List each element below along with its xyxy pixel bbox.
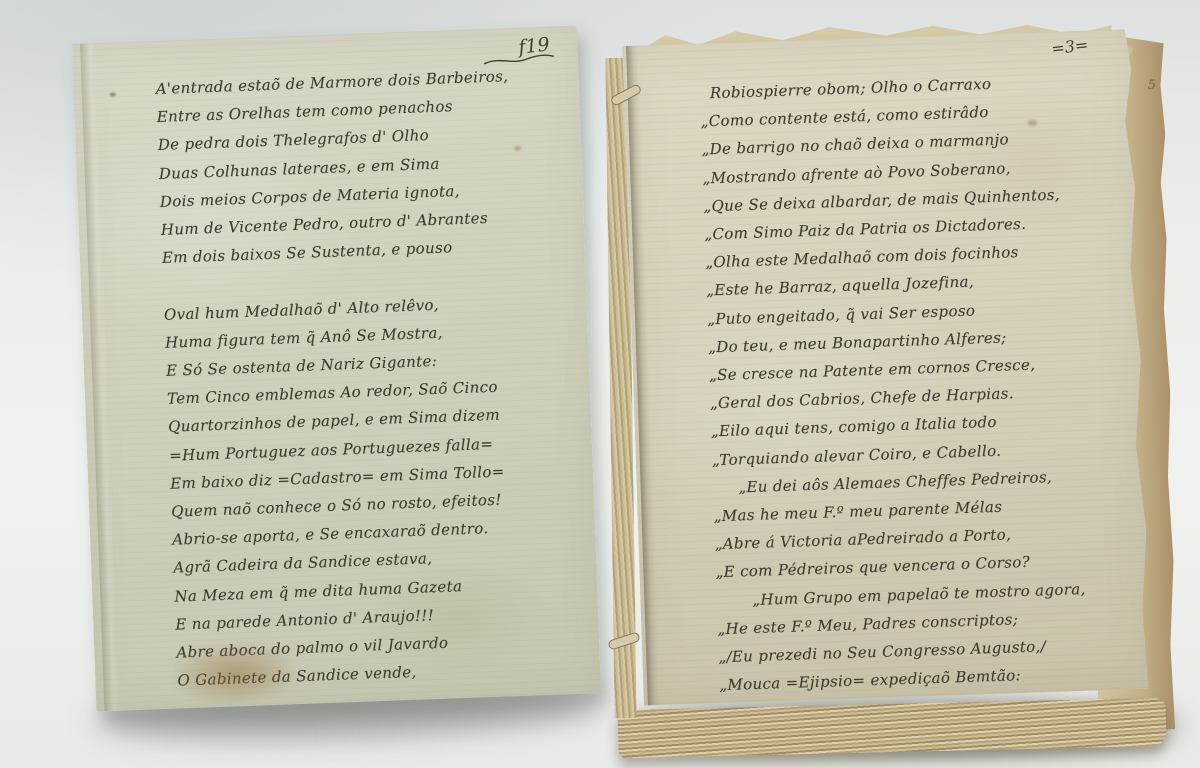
manuscript-booklet-right: 5 =3= Robiospierre obom; Olho o Carraxo … [608,24,1186,754]
paper-speck [110,92,116,96]
manuscript-page-right: =3= Robiospierre obom; Olho o Carraxo „C… [622,29,1152,705]
left-page-text: A'entrada estaõ de Marmore dois Barbeiro… [155,60,582,695]
paper-stain [174,642,296,704]
photo-background: f19 A'entrada estaõ de Marmore dois Barb… [0,0,1200,768]
right-page-text: Robiospierre obom; Olho o Carraxo „Como … [699,66,1137,700]
underpage-number: 5 [1148,78,1156,93]
paper-crease [80,43,120,711]
foxing-spot [1028,120,1037,126]
stacked-page-edges-bottom [618,698,1167,758]
page-number: =3= [1050,35,1089,58]
manuscript-page-left: f19 A'entrada estaõ de Marmore dois Barb… [72,25,601,711]
